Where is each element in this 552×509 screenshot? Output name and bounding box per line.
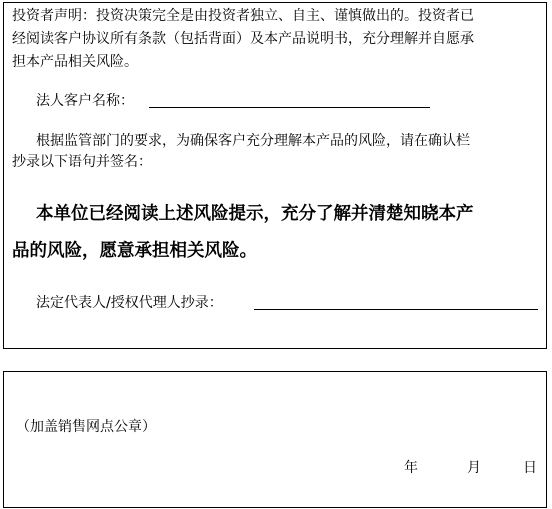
statement-line-3: 担本产品相关风险。 [12,52,138,72]
stamp-box: （加盖销售网点公章） 年 月 日 [3,371,547,508]
instruction-line-1: 根据监管部门的要求，为确保客户充分理解本产品的风险，请在确认栏 [36,131,470,151]
client-name-label: 法人客户名称： [36,91,134,111]
client-name-field[interactable] [149,107,430,108]
date-year-label: 年 [404,458,418,478]
stamp-label: （加盖销售网点公章） [16,417,156,437]
date-month-label: 月 [467,458,481,478]
confirmation-line-2: 品的风险，愿意承担相关风险。 [12,239,257,263]
signature-label: 法定代表人/授权代理人抄录： [36,293,223,313]
statement-line-2: 经阅读客户协议所有条款（包括背面）及本产品说明书，充分理解并自愿承 [12,29,474,49]
statement-line-1: 投资者声明：投资决策完全是由投资者独立、自主、谨慎做出的。投资者已 [12,6,474,26]
date-day-label: 日 [523,458,537,478]
confirmation-line-1: 本单位已经阅读上述风险提示，充分了解并清楚知晓本产 [36,202,474,226]
investor-declaration-box: 投资者声明：投资决策完全是由投资者独立、自主、谨慎做出的。投资者已 经阅读客户协… [3,2,547,349]
instruction-line-2: 抄录以下语句并签名： [12,152,152,172]
signature-field[interactable] [254,309,538,310]
